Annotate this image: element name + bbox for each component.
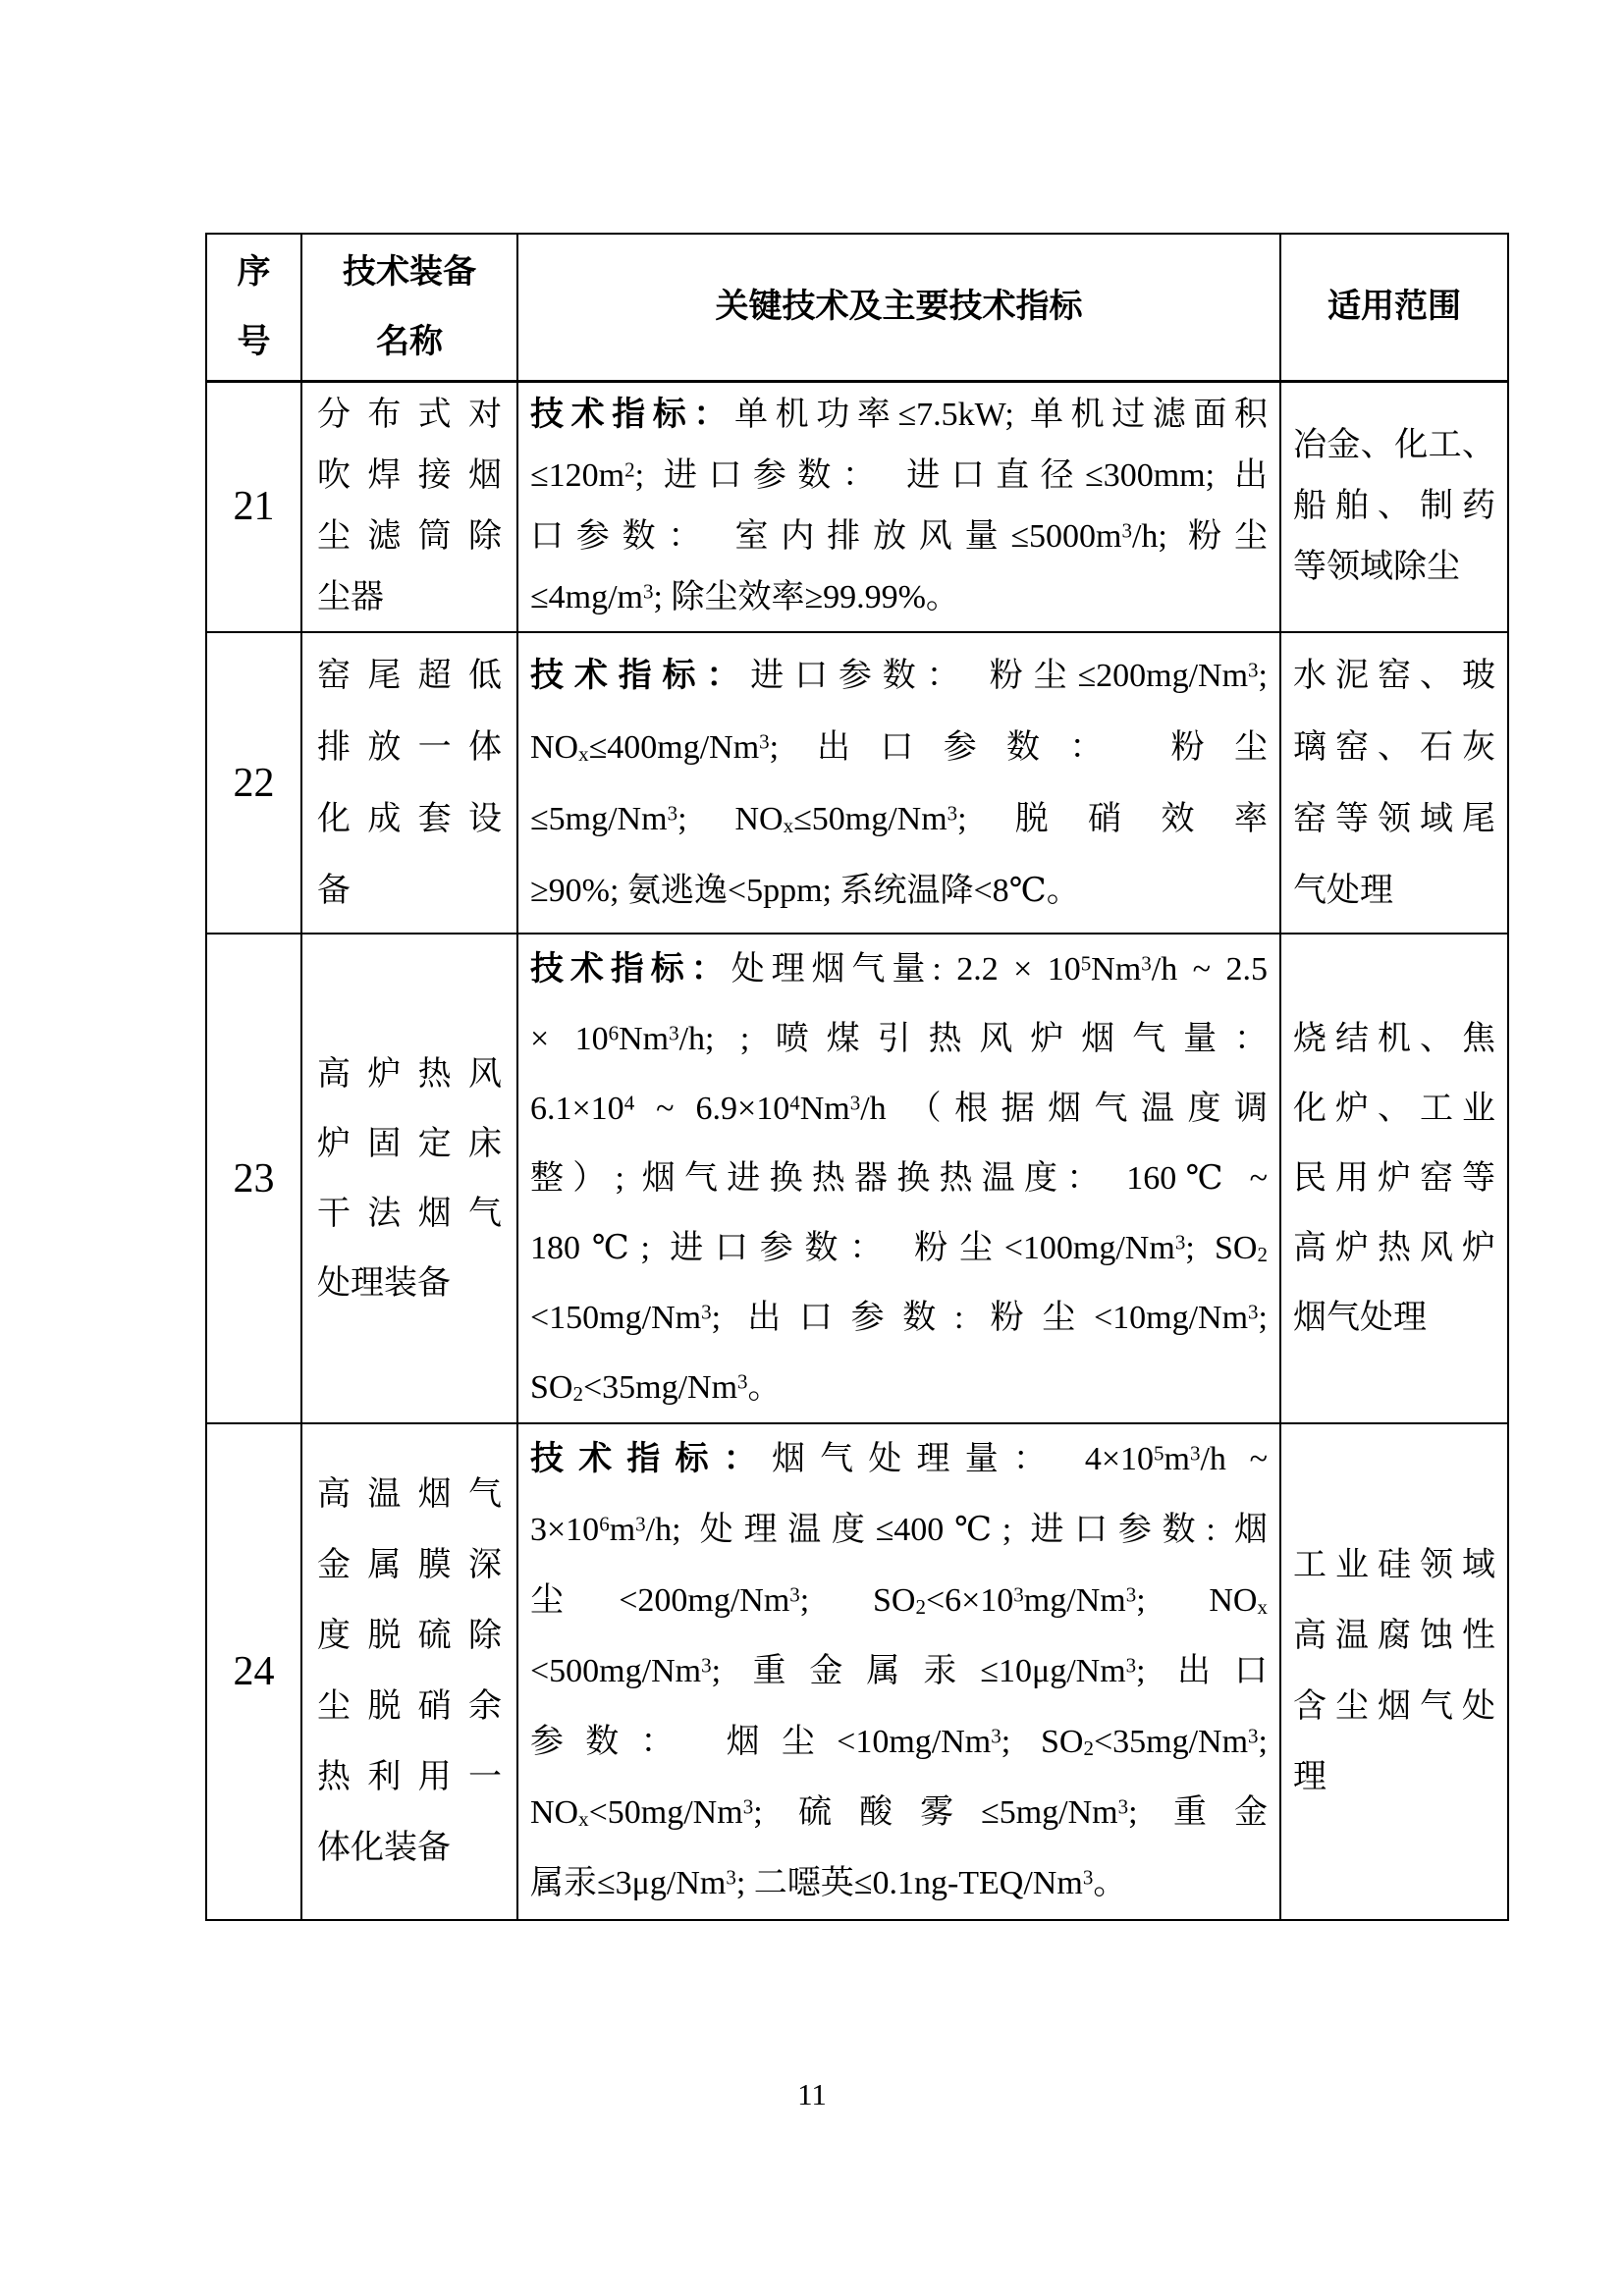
- text-line: 璃窑、石灰: [1293, 712, 1495, 783]
- text-line: 理: [1293, 1742, 1495, 1813]
- spec-table: 序 号 技术装备 名称 关键技术及主要技术指标 适用范围 21分布式对吹焊接烟尘…: [205, 233, 1509, 1921]
- text-line: 备: [317, 855, 502, 927]
- text-line: 热利用一: [317, 1742, 502, 1813]
- text-line: 金属膜深: [317, 1530, 502, 1601]
- serial-cell: 21: [206, 381, 301, 632]
- header-serial: 序 号: [206, 234, 301, 381]
- header-scope: 适用范围: [1280, 234, 1508, 381]
- text-line: 烧结机、焦: [1293, 1004, 1495, 1074]
- serial-cell: 22: [206, 632, 301, 934]
- scope-cell: 冶金、化工、船舶、制药等领域除尘: [1280, 381, 1508, 632]
- spec-cell: 技术指标：进口参数： 粉尘≤200mg/Nm3;NOx≤400mg/Nm3; 出…: [517, 632, 1280, 934]
- name-cell: 高温烟气金属膜深度脱硫除尘脱硝余热利用一体化装备: [301, 1423, 517, 1920]
- text-line: 分布式对: [317, 385, 502, 446]
- header-serial-line1: 序: [207, 238, 300, 307]
- text-line: 含尘烟气处: [1293, 1672, 1495, 1742]
- text-line: 高炉热风炉: [1293, 1213, 1495, 1283]
- table-body: 21分布式对吹焊接烟尘滤筒除尘器技术指标：单机功率≤7.5kW; 单机过滤面积≤…: [206, 381, 1508, 1920]
- text-line: 尘器: [317, 567, 502, 628]
- header-equipment-name: 技术装备 名称: [301, 234, 517, 381]
- text-line: 尘脱硝余: [317, 1672, 502, 1742]
- text-line: 化成套设: [317, 783, 502, 855]
- text-line: 窑等领域尾: [1293, 783, 1495, 855]
- text-line: <500mg/Nm3; 重金属汞≤10μg/Nm3; 出口: [530, 1636, 1268, 1707]
- header-equipment-name-line1: 技术装备: [302, 238, 516, 307]
- text-line: 参数： 烟尘<10mg/Nm3; SO2<35mg/Nm3;: [530, 1707, 1268, 1778]
- text-line: 尘<200mg/Nm3; SO2<6×103mg/Nm3; NOx: [530, 1566, 1268, 1636]
- text-line: 等领域除尘: [1293, 537, 1495, 598]
- text-line: 高炉热风: [317, 1040, 502, 1109]
- name-cell: 分布式对吹焊接烟尘滤筒除尘器: [301, 381, 517, 632]
- document-page: 序 号 技术装备 名称 关键技术及主要技术指标 适用范围 21分布式对吹焊接烟尘…: [0, 0, 1624, 2296]
- header-key-tech: 关键技术及主要技术指标: [517, 234, 1280, 381]
- text-line: <150mg/Nm3; 出口参数: 粉尘<10mg/Nm3;: [530, 1283, 1268, 1353]
- serial-cell: 23: [206, 934, 301, 1423]
- page-number: 11: [0, 2077, 1624, 2112]
- table-row: 21分布式对吹焊接烟尘滤筒除尘器技术指标：单机功率≤7.5kW; 单机过滤面积≤…: [206, 381, 1508, 632]
- text-line: 船舶、制药: [1293, 476, 1495, 537]
- header-key-tech-label: 关键技术及主要技术指标: [518, 237, 1279, 378]
- text-line: 3×106m3/h; 处理温度≤400℃; 进口参数: 烟: [530, 1495, 1268, 1566]
- text-line: 体化装备: [317, 1813, 502, 1884]
- scope-cell: 烧结机、焦化炉、工业民用炉窑等高炉热风炉烟气处理: [1280, 934, 1508, 1423]
- text-line: 高温烟气: [317, 1460, 502, 1530]
- text-line: 属汞≤3μg/Nm3; 二噁英≤0.1ng-TEQ/Nm3。: [530, 1848, 1268, 1919]
- text-line: ≥90%; 氨逃逸<5ppm; 系统温降<8℃。: [530, 855, 1268, 927]
- text-line: 处理装备: [317, 1249, 502, 1318]
- text-line: 技术指标：烟气处理量： 4×105m3/h ~: [530, 1424, 1268, 1495]
- table-row: 23高炉热风炉固定床干法烟气处理装备技术指标：处理烟气量: 2.2 × 105N…: [206, 934, 1508, 1423]
- text-line: 工业硅领域: [1293, 1530, 1495, 1601]
- text-line: NOx≤400mg/Nm3; 出口参数： 粉尘: [530, 712, 1268, 783]
- text-line: 干法烟气: [317, 1179, 502, 1249]
- spec-cell: 技术指标：单机功率≤7.5kW; 单机过滤面积≤120m2; 进口参数： 进口直…: [517, 381, 1280, 632]
- text-line: ≤4mg/m3; 除尘效率≥99.99%。: [530, 567, 1268, 628]
- table-row: 24高温烟气金属膜深度脱硫除尘脱硝余热利用一体化装备技术指标：烟气处理量： 4×…: [206, 1423, 1508, 1920]
- text-line: 化炉、工业: [1293, 1074, 1495, 1144]
- serial-cell: 24: [206, 1423, 301, 1920]
- text-line: 吹焊接烟: [317, 446, 502, 507]
- text-line: × 106Nm3/h; ; 喷煤引热风炉烟气量：: [530, 1004, 1268, 1074]
- spec-cell: 技术指标：烟气处理量： 4×105m3/h ~3×106m3/h; 处理温度≤4…: [517, 1423, 1280, 1920]
- header-scope-label: 适用范围: [1281, 237, 1507, 378]
- text-line: 气处理: [1293, 855, 1495, 927]
- table-row: 22窑尾超低排放一体化成套设备技术指标：进口参数： 粉尘≤200mg/Nm3;N…: [206, 632, 1508, 934]
- text-line: 6.1×104 ~ 6.9×104Nm3/h （根据烟气温度调: [530, 1074, 1268, 1144]
- header-equipment-name-line2: 名称: [302, 307, 516, 377]
- scope-cell: 水泥窑、玻璃窑、石灰窑等领域尾气处理: [1280, 632, 1508, 934]
- scope-cell: 工业硅领域高温腐蚀性含尘烟气处理: [1280, 1423, 1508, 1920]
- text-line: 180℃; 进口参数： 粉尘<100mg/Nm3; SO2: [530, 1213, 1268, 1283]
- text-line: ≤5mg/Nm3; NOx≤50mg/Nm3; 脱硝效率: [530, 783, 1268, 855]
- text-line: 水泥窑、玻: [1293, 640, 1495, 712]
- text-line: 口参数： 室内排放风量≤5000m3/h; 粉尘: [530, 507, 1268, 567]
- text-line: 技术指标：处理烟气量: 2.2 × 105Nm3/h ~ 2.5: [530, 934, 1268, 1004]
- text-line: 技术指标：进口参数： 粉尘≤200mg/Nm3;: [530, 640, 1268, 712]
- text-line: 尘滤筒除: [317, 507, 502, 567]
- text-line: ≤120m2; 进口参数： 进口直径≤300mm; 出: [530, 446, 1268, 507]
- text-line: 整）; 烟气进换热器换热温度： 160℃ ~: [530, 1144, 1268, 1213]
- name-cell: 窑尾超低排放一体化成套设备: [301, 632, 517, 934]
- text-line: 高温腐蚀性: [1293, 1601, 1495, 1672]
- header-serial-line2: 号: [207, 307, 300, 377]
- name-cell: 高炉热风炉固定床干法烟气处理装备: [301, 934, 517, 1423]
- table-header-row: 序 号 技术装备 名称 关键技术及主要技术指标 适用范围: [206, 234, 1508, 381]
- text-line: 炉固定床: [317, 1109, 502, 1179]
- text-line: SO2<35mg/Nm3。: [530, 1353, 1268, 1422]
- text-line: 度脱硫除: [317, 1601, 502, 1672]
- text-line: 技术指标：单机功率≤7.5kW; 单机过滤面积: [530, 385, 1268, 446]
- text-line: 排放一体: [317, 712, 502, 783]
- text-line: NOx<50mg/Nm3; 硫酸雾≤5mg/Nm3; 重金: [530, 1778, 1268, 1848]
- text-line: 冶金、化工、: [1293, 415, 1495, 476]
- spec-cell: 技术指标：处理烟气量: 2.2 × 105Nm3/h ~ 2.5× 106Nm3…: [517, 934, 1280, 1423]
- text-line: 窑尾超低: [317, 640, 502, 712]
- text-line: 民用炉窑等: [1293, 1144, 1495, 1213]
- text-line: 烟气处理: [1293, 1283, 1495, 1353]
